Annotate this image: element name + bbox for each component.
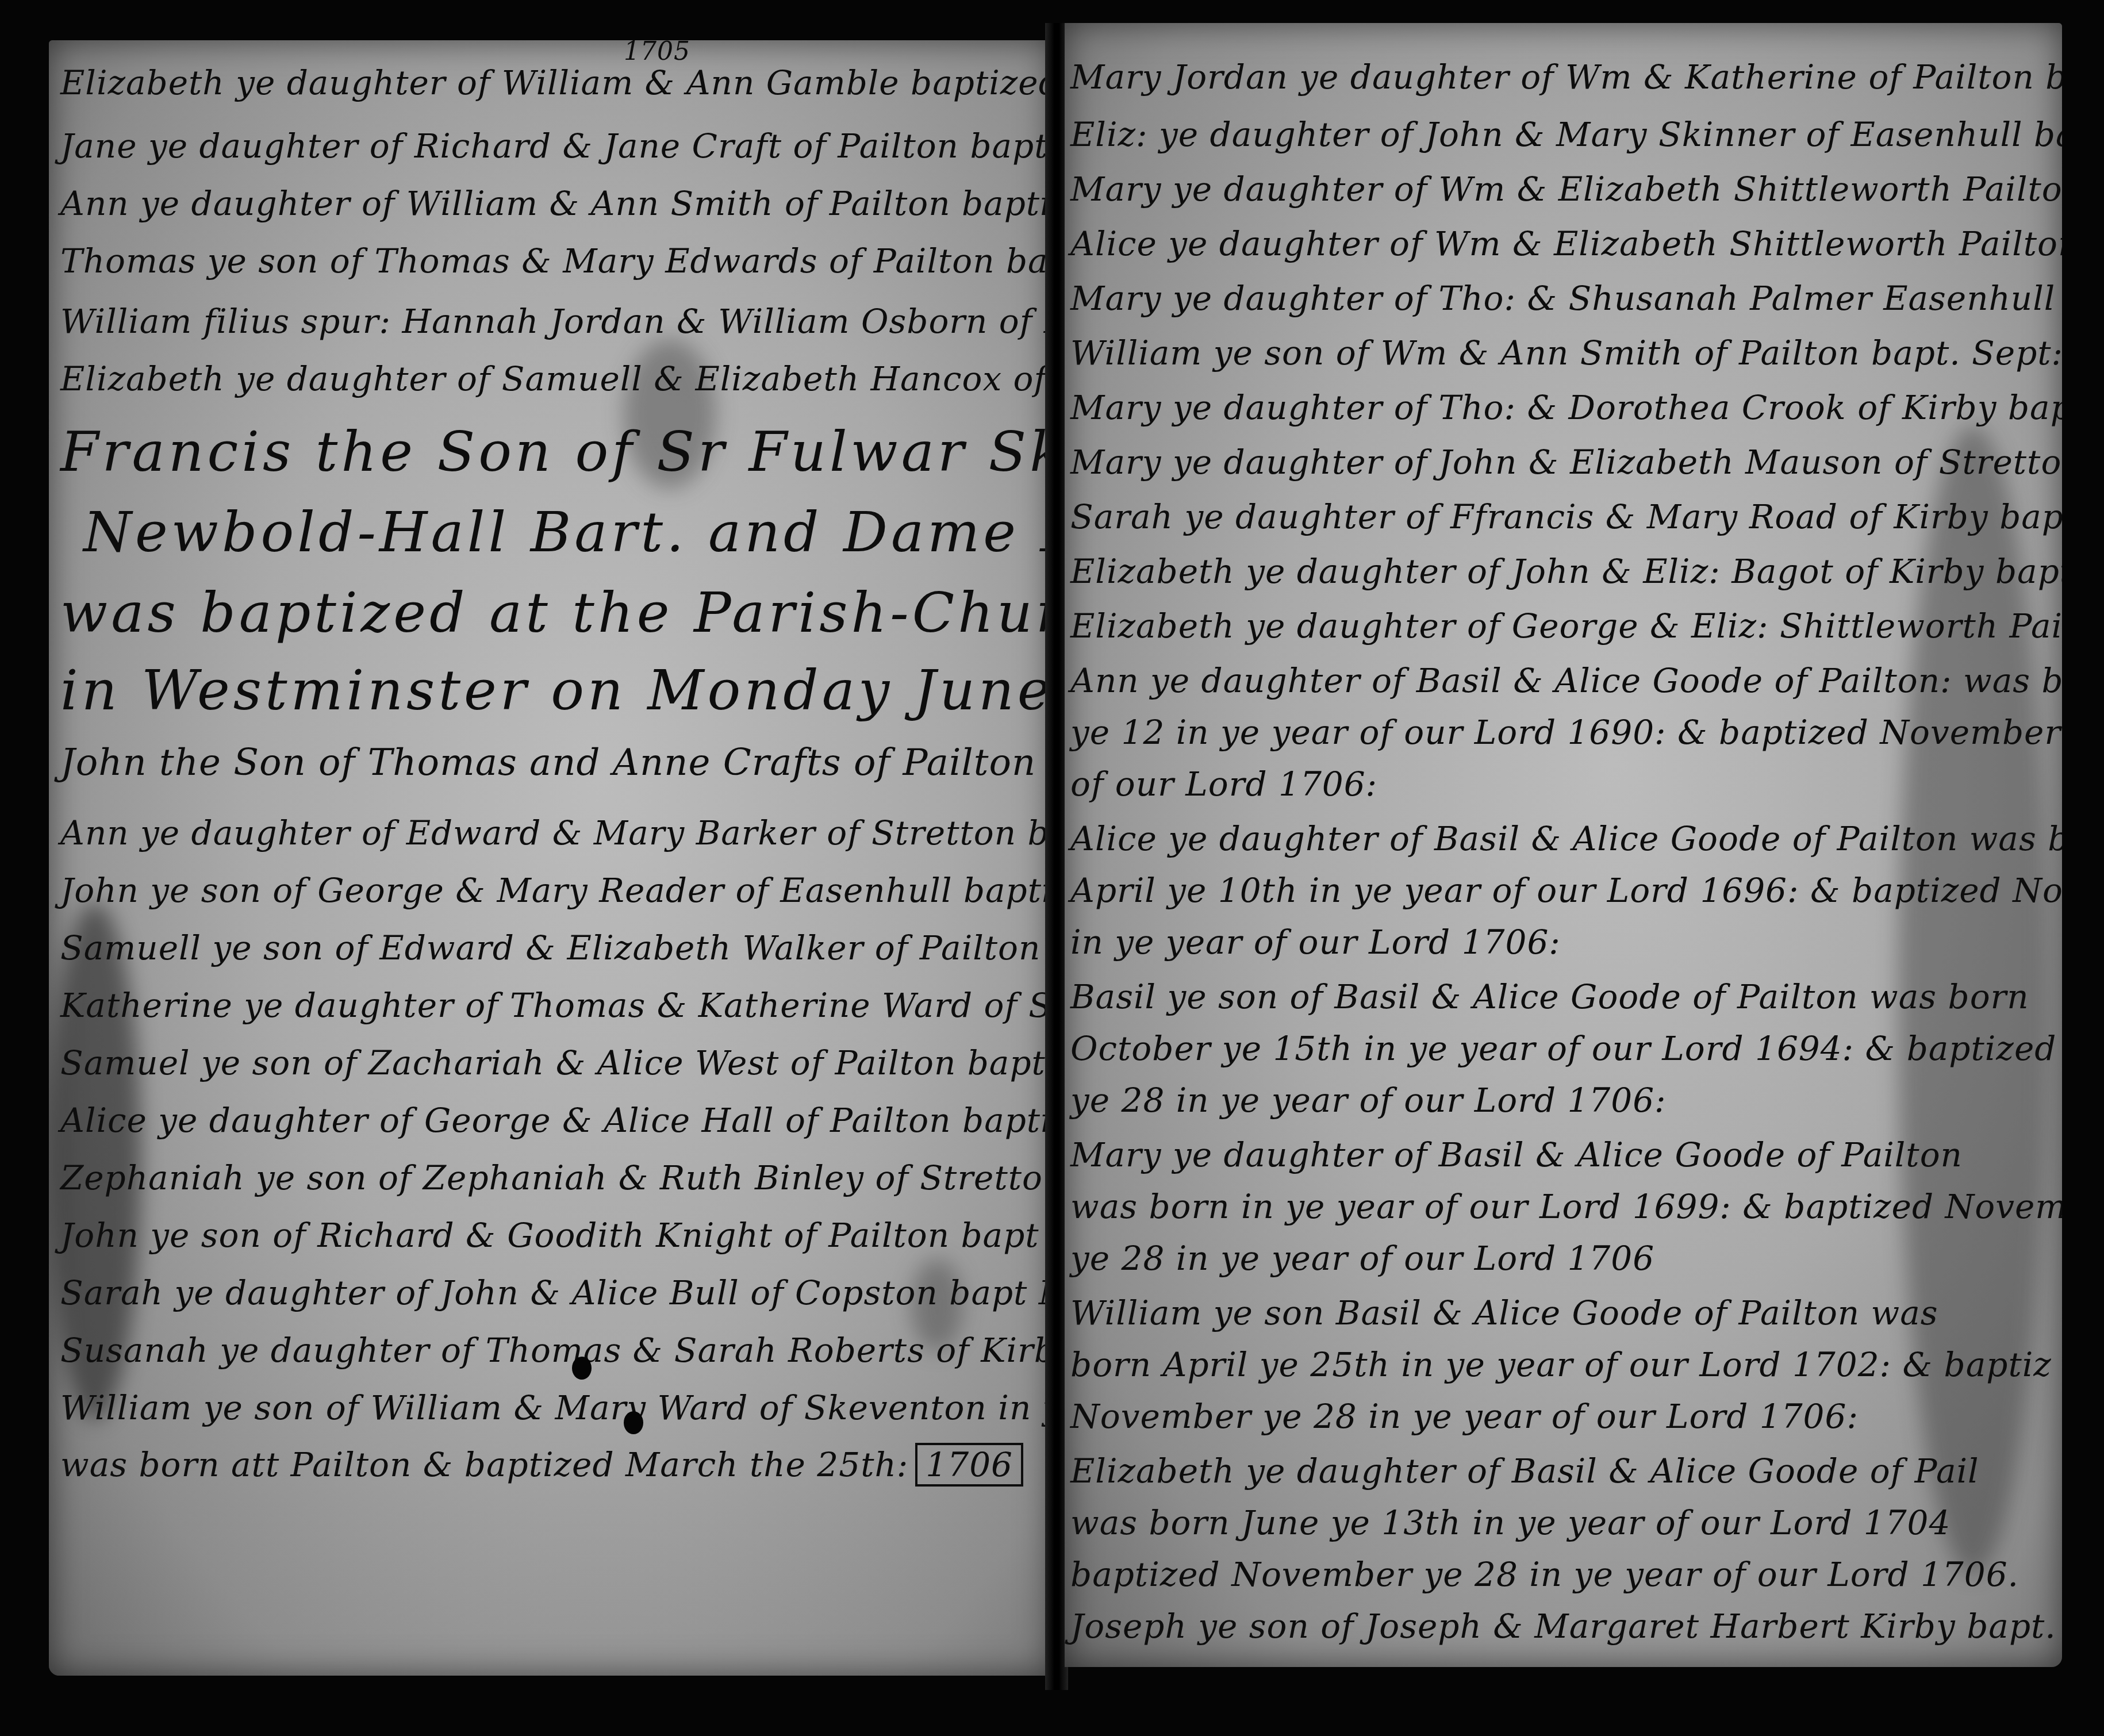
entry: Samuel ye son of Zachariah & Alice West … bbox=[60, 1043, 1052, 1082]
entry: Samuell ye son of Edward & Elizabeth Wal… bbox=[60, 928, 1052, 967]
entry: April ye 10th in ye year of our Lord 169… bbox=[1070, 871, 2062, 910]
entry: William ye son of Wm & Ann Smith of Pail… bbox=[1070, 333, 2062, 372]
entry: Mary Jordan ye daughter of Wm & Katherin… bbox=[1070, 57, 2062, 97]
left-page: 1705 Elizabeth ye daughter of William & … bbox=[49, 40, 1052, 1676]
entry-with-year-box: was born att Pailton & baptized March th… bbox=[60, 1443, 1023, 1487]
entry: Mary ye daughter of Tho: & Dorothea Croo… bbox=[1070, 388, 2062, 427]
entry: Elizabeth ye daughter of William & Ann G… bbox=[60, 63, 1052, 102]
entry: ye 28 in ye year of our Lord 1706 bbox=[1070, 1239, 1654, 1278]
entry: October ye 15th in ye year of our Lord 1… bbox=[1070, 1029, 2062, 1068]
ink-blot bbox=[572, 1357, 592, 1380]
entry: Mary ye daughter of John & Elizabeth Mau… bbox=[1070, 443, 2062, 482]
entry: William ye son of William & Mary Ward of… bbox=[60, 1388, 1052, 1427]
entry: Mary ye daughter of Basil & Alice Goode … bbox=[1070, 1135, 1963, 1174]
entry: Basil ye son of Basil & Alice Goode of P… bbox=[1070, 977, 2029, 1016]
entry: Thomas ye son of Thomas & Mary Edwards o… bbox=[60, 241, 1052, 281]
entry: ye 12 in ye year of our Lord 1690: & bap… bbox=[1070, 713, 2062, 752]
entry: Mary ye daughter of Wm & Elizabeth Shitt… bbox=[1070, 170, 2062, 209]
entry: of our Lord 1706: bbox=[1070, 765, 1377, 804]
entry: Alice ye daughter of Basil & Alice Goode… bbox=[1070, 819, 2062, 858]
entry-skipwith-2: Newbold-Hall Bart. and Dame Mary his Wif… bbox=[83, 500, 1052, 564]
entry-skipwith-1: Francis the Son of Sr Fulwar Skipwith of bbox=[60, 420, 1052, 484]
entry: Elizabeth ye daughter of Samuell & Eliza… bbox=[60, 359, 1052, 398]
entry: Zephaniah ye son of Zephaniah & Ruth Bin… bbox=[60, 1158, 1052, 1197]
entry: baptized November ye 28 in ye year of ou… bbox=[1070, 1555, 2019, 1594]
entry: William ye son Basil & Alice Goode of Pa… bbox=[1070, 1293, 1938, 1332]
entry: Elizabeth ye daughter of George & Eliz: … bbox=[1070, 606, 2062, 646]
entry: Sarah ye daughter of Ffrancis & Mary Roa… bbox=[1070, 497, 2062, 536]
entry: Ann ye daughter of William & Ann Smith o… bbox=[60, 184, 1052, 223]
entry: John ye son of George & Mary Reader of E… bbox=[60, 871, 1052, 910]
entry: Ann ye daughter of Edward & Mary Barker … bbox=[60, 813, 1052, 852]
entry: Sarah ye daughter of John & Alice Bull o… bbox=[60, 1273, 1052, 1312]
entry: Alice ye daughter of Wm & Elizabeth Shit… bbox=[1070, 224, 2062, 263]
entry: Ann ye daughter of Basil & Alice Goode o… bbox=[1070, 661, 2062, 700]
entry-text: was born att Pailton & baptized March th… bbox=[60, 1445, 908, 1484]
entry: Elizabeth ye daughter of Basil & Alice G… bbox=[1070, 1451, 1979, 1491]
entry: Joseph ye son of Joseph & Margaret Harbe… bbox=[1070, 1607, 2062, 1646]
entry: ye 28 in ye year of our Lord 1706: bbox=[1070, 1081, 1667, 1120]
entry: Katherine ye daughter of Thomas & Kather… bbox=[60, 986, 1052, 1025]
entry: Jane ye daughter of Richard & Jane Craft… bbox=[60, 126, 1052, 166]
right-page: Mary Jordan ye daughter of Wm & Katherin… bbox=[1065, 23, 2062, 1667]
entry: was born June ye 13th in ye year of our … bbox=[1070, 1503, 1951, 1542]
entry: Alice ye daughter of George & Alice Hall… bbox=[60, 1101, 1052, 1140]
entry: Susanah ye daughter of Thomas & Sarah Ro… bbox=[60, 1331, 1052, 1370]
entry: William filius spur: Hannah Jordan & Wil… bbox=[60, 302, 1052, 341]
entry: born April ye 25th in ye year of our Lor… bbox=[1070, 1345, 2052, 1384]
entry-skipwith-3: was baptized at the Parish-Church of St … bbox=[60, 581, 1052, 645]
entry: in ye year of our Lord 1706: bbox=[1070, 923, 1561, 962]
entry: John ye son of Richard & Goodith Knight … bbox=[60, 1216, 1052, 1255]
ink-blot bbox=[624, 1411, 643, 1434]
entry: was born in ye year of our Lord 1699: & … bbox=[1070, 1187, 2062, 1226]
entry: John the Son of Thomas and Anne Crafts o… bbox=[60, 742, 1052, 784]
year-header: 1705 bbox=[624, 40, 690, 66]
entry: Eliz: ye daughter of John & Mary Skinner… bbox=[1070, 115, 2062, 154]
entry: Mary ye daughter of Tho: & Shusanah Palm… bbox=[1070, 279, 2062, 318]
entry: Elizabeth ye daughter of John & Eliz: Ba… bbox=[1070, 552, 2062, 591]
boxed-year-1706: 1706 bbox=[915, 1443, 1023, 1487]
entry: November ye 28 in ye year of our Lord 17… bbox=[1070, 1397, 1859, 1436]
register-spread: 1705 Elizabeth ye daughter of William & … bbox=[0, 0, 2104, 1736]
entry-skipwith-4: in Westminster on Monday June the 2d. bbox=[60, 658, 1052, 723]
